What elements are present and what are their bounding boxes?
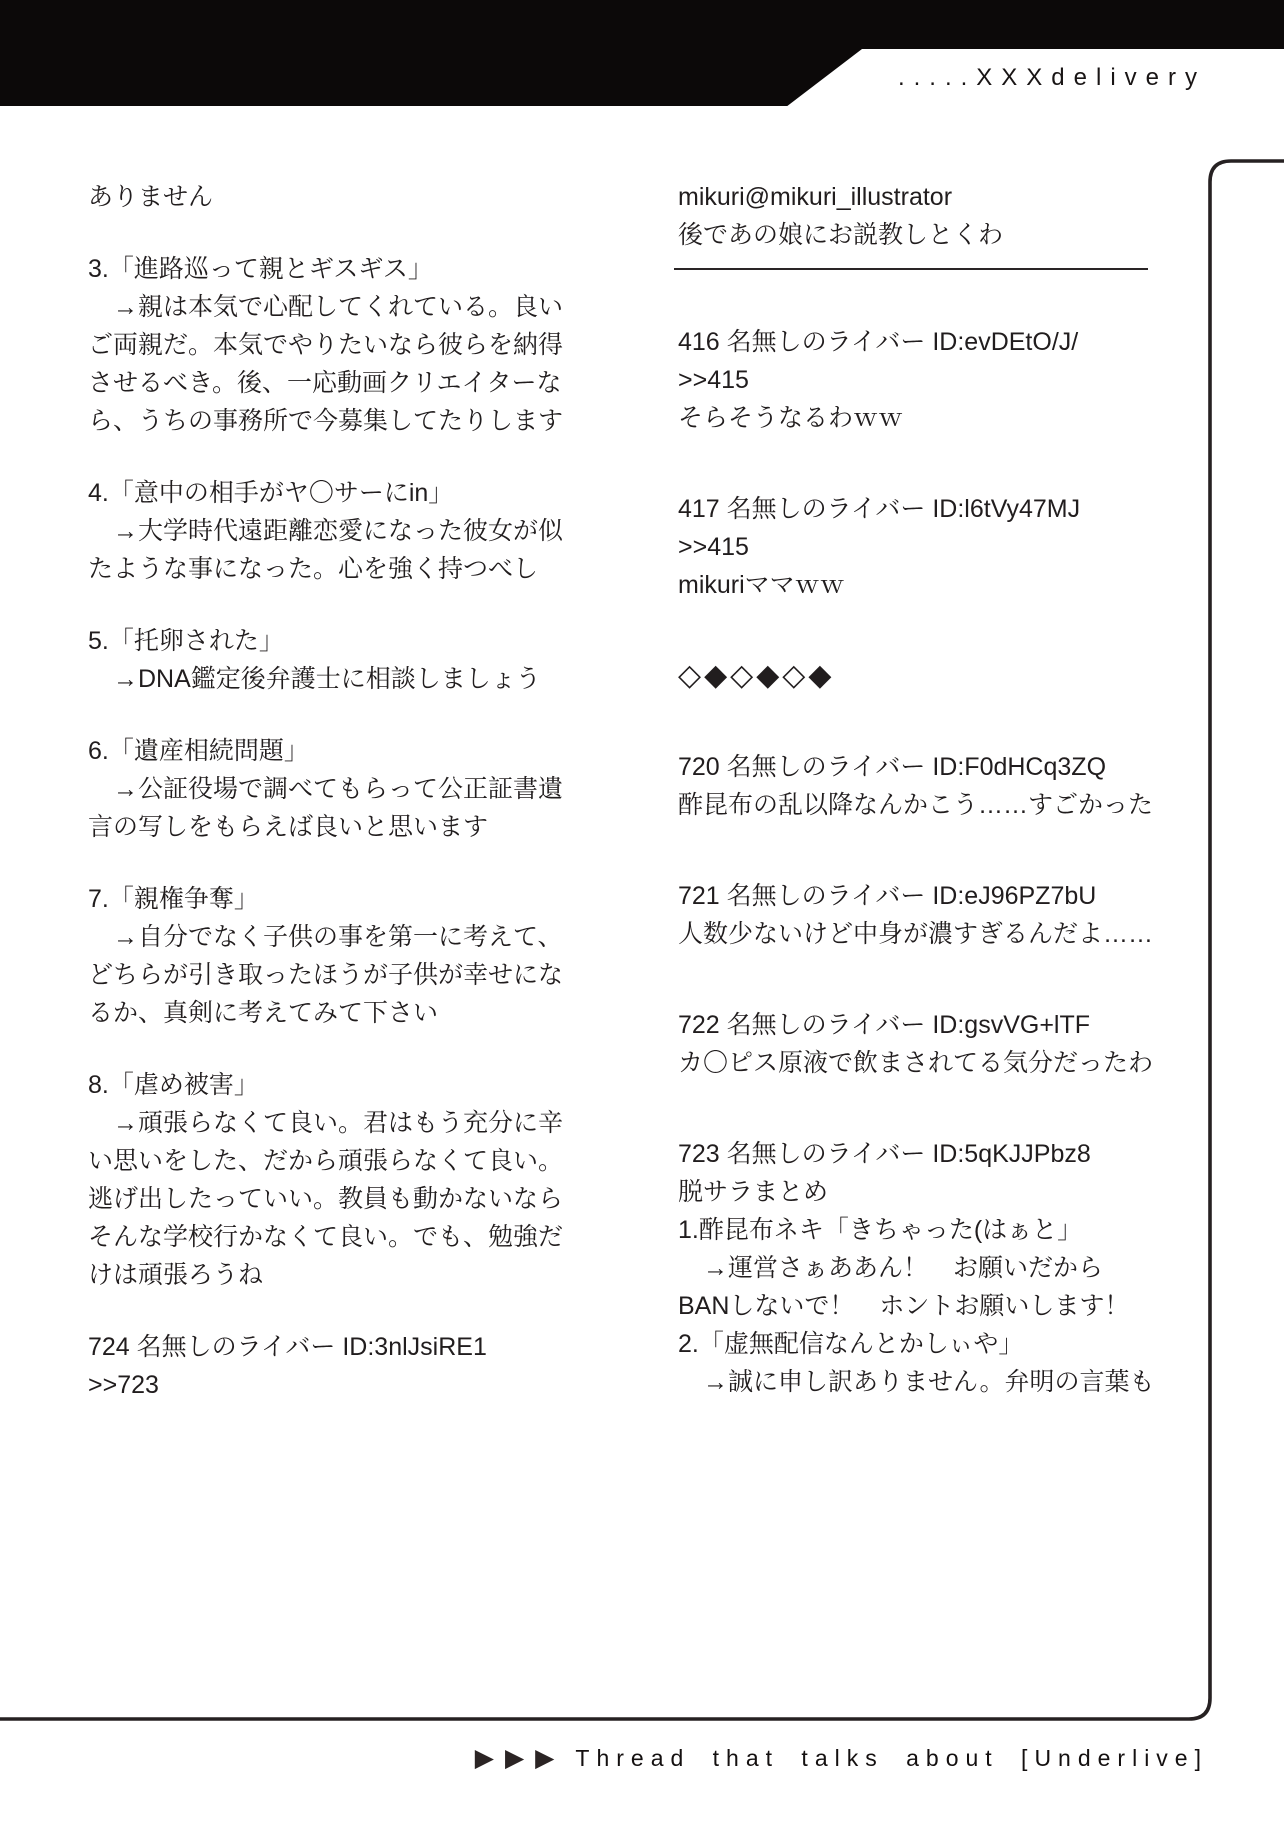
text-line: 720 名無しのライバー ID:F0dHCq3ZQ: [678, 748, 1153, 786]
text-line: 724 名無しのライバー ID:3nlJsiRE1: [88, 1328, 560, 1366]
forum-post: 416 名無しのライバー ID:evDEtO/J/>>415そらそうなるわｗｗ: [678, 323, 1153, 437]
forum-post: 724 名無しのライバー ID:3nlJsiRE1>>723: [88, 1328, 560, 1404]
text-line: 5.「托卵された」: [88, 622, 560, 660]
text-line: →大学時代遠距離恋愛になった彼女が似: [88, 512, 560, 550]
text-line: 脱サラまとめ: [678, 1173, 1153, 1211]
forum-post: 417 名無しのライバー ID:l6tVy47MJ>>415mikuriママｗｗ: [678, 490, 1153, 604]
header-tab: .....XXXdelivery: [786, 49, 1284, 107]
diamond-divider: ◇◆◇◆◇◆: [678, 657, 1153, 695]
text-line: ご両親だ。本気でやりたいなら彼らを納得: [88, 326, 560, 364]
qa-item: 5.「托卵された」 →DNA鑑定後弁護士に相談しましょう: [88, 622, 560, 698]
text-line: →誠に申し訳ありません。弁明の言葉も: [678, 1363, 1153, 1401]
answer-tail: ありません: [88, 178, 560, 216]
text-line: 6.「遺産相続問題」: [88, 732, 560, 770]
text-line: どちらが引き取ったほうが子供が幸せにな: [88, 956, 560, 994]
text-line: させるべき。後、一応動画クリエイターな: [88, 364, 560, 402]
forum-post: 720 名無しのライバー ID:F0dHCq3ZQ酢昆布の乱以降なんかこう……す…: [678, 748, 1153, 824]
footer: ▶▶▶ Thread that talks about [Underlive]: [475, 1743, 1208, 1773]
forum-post: 723 名無しのライバー ID:5qKJJPbz8脱サラまとめ1.酢昆布ネキ「き…: [678, 1135, 1153, 1401]
text-line: 416 名無しのライバー ID:evDEtO/J/: [678, 323, 1153, 361]
text-line: るか、真剣に考えてみて下さい: [88, 994, 560, 1032]
footer-thread-title: Thread that talks about [Underlive]: [575, 1745, 1208, 1772]
text-line: →公証役場で調べてもらって公正証書遺: [88, 770, 560, 808]
text-line: mikuri@mikuri_illustrator: [678, 178, 1153, 216]
qa-item: 3.「進路巡って親とギスギス」 →親は本気で心配してくれている。良いご両親だ。本…: [88, 250, 560, 440]
qa-item: 7.「親権争奪」 →自分でなく子供の事を第一に考えて、どちらが引き取ったほうが子…: [88, 880, 560, 1032]
tweet-divider: [674, 268, 1148, 270]
forum-post: 722 名無しのライバー ID:gsvVG+lTFカ〇ピス原液で飲まされてる気分…: [678, 1006, 1153, 1082]
qa-item: 8.「虐め被害」 →頑張らなくて良い。君はもう充分に辛い思いをした、だから頑張ら…: [88, 1066, 560, 1294]
text-line: 722 名無しのライバー ID:gsvVG+lTF: [678, 1006, 1153, 1044]
text-line: >>415: [678, 528, 1153, 566]
text-line: そんな学校行かなくて良い。でも、勉強だ: [88, 1218, 560, 1256]
text-line: mikuriママｗｗ: [678, 566, 1153, 604]
qa-item: 4.「意中の相手がヤ〇サーにin」 →大学時代遠距離恋愛になった彼女が似たような…: [88, 474, 560, 588]
text-line: →DNA鑑定後弁護士に相談しましょう: [88, 660, 560, 698]
text-line: →頑張らなくて良い。君はもう充分に辛: [88, 1104, 560, 1142]
text-line: 3.「進路巡って親とギスギス」: [88, 250, 560, 288]
text-line: 1.酢昆布ネキ「きちゃった(はぁと」: [678, 1211, 1153, 1249]
text-line: ◇◆◇◆◇◆: [678, 657, 1153, 695]
text-line: >>723: [88, 1366, 560, 1404]
header-brand-text: .....XXXdelivery: [898, 64, 1206, 92]
triple-arrow-icon: ▶▶▶: [475, 1743, 566, 1773]
text-line: ありません: [88, 178, 560, 216]
text-line: >>415: [678, 361, 1153, 399]
text-line: 723 名無しのライバー ID:5qKJJPbz8: [678, 1135, 1153, 1173]
forum-post: 721 名無しのライバー ID:eJ96PZ7bU人数少ないけど中身が濃すぎるん…: [678, 877, 1153, 953]
qa-item: 6.「遺産相続問題」 →公証役場で調べてもらって公正証書遺言の写しをもらえば良い…: [88, 732, 560, 846]
text-line: 酢昆布の乱以降なんかこう……すごかった: [678, 786, 1153, 824]
left-column: ありません 3.「進路巡って親とギスギス」 →親は本気で心配してくれている。良い…: [88, 178, 560, 1404]
text-line: 7.「親権争奪」: [88, 880, 560, 918]
text-line: →親は本気で心配してくれている。良い: [88, 288, 560, 326]
text-line: →運営さぁああん！ お願いだから: [678, 1249, 1153, 1287]
text-line: カ〇ピス原液で飲まされてる気分だったわ: [678, 1044, 1153, 1082]
text-line: 8.「虐め被害」: [88, 1066, 560, 1104]
manga-text-page: .....XXXdelivery ありません 3.「進路巡って親とギスギス」 →…: [0, 0, 1284, 1826]
text-line: 417 名無しのライバー ID:l6tVy47MJ: [678, 490, 1153, 528]
text-line: けは頑張ろうね: [88, 1256, 560, 1294]
text-line: 言の写しをもらえば良いと思います: [88, 808, 560, 846]
text-line: たような事になった。心を強く持つべし: [88, 550, 560, 588]
text-line: 人数少ないけど中身が濃すぎるんだよ……: [678, 915, 1153, 953]
text-line: 2.「虚無配信なんとかしぃや」: [678, 1325, 1153, 1363]
right-column: mikuri@mikuri_illustrator後であの娘にお説教しとくわ 4…: [678, 178, 1153, 1401]
tweet: mikuri@mikuri_illustrator後であの娘にお説教しとくわ: [678, 178, 1153, 270]
text-line: い思いをした、だから頑張らなくて良い。: [88, 1142, 560, 1180]
text-line: 逃げ出したっていい。教員も動かないなら: [88, 1180, 560, 1218]
text-line: →自分でなく子供の事を第一に考えて、: [88, 918, 560, 956]
text-line: 4.「意中の相手がヤ〇サーにin」: [88, 474, 560, 512]
text-line: ら、うちの事務所で今募集してたりします: [88, 402, 560, 440]
text-line: 後であの娘にお説教しとくわ: [678, 216, 1153, 254]
text-line: そらそうなるわｗｗ: [678, 399, 1153, 437]
text-line: 721 名無しのライバー ID:eJ96PZ7bU: [678, 877, 1153, 915]
text-line: BANしないで！ ホントお願いします！: [678, 1287, 1153, 1325]
